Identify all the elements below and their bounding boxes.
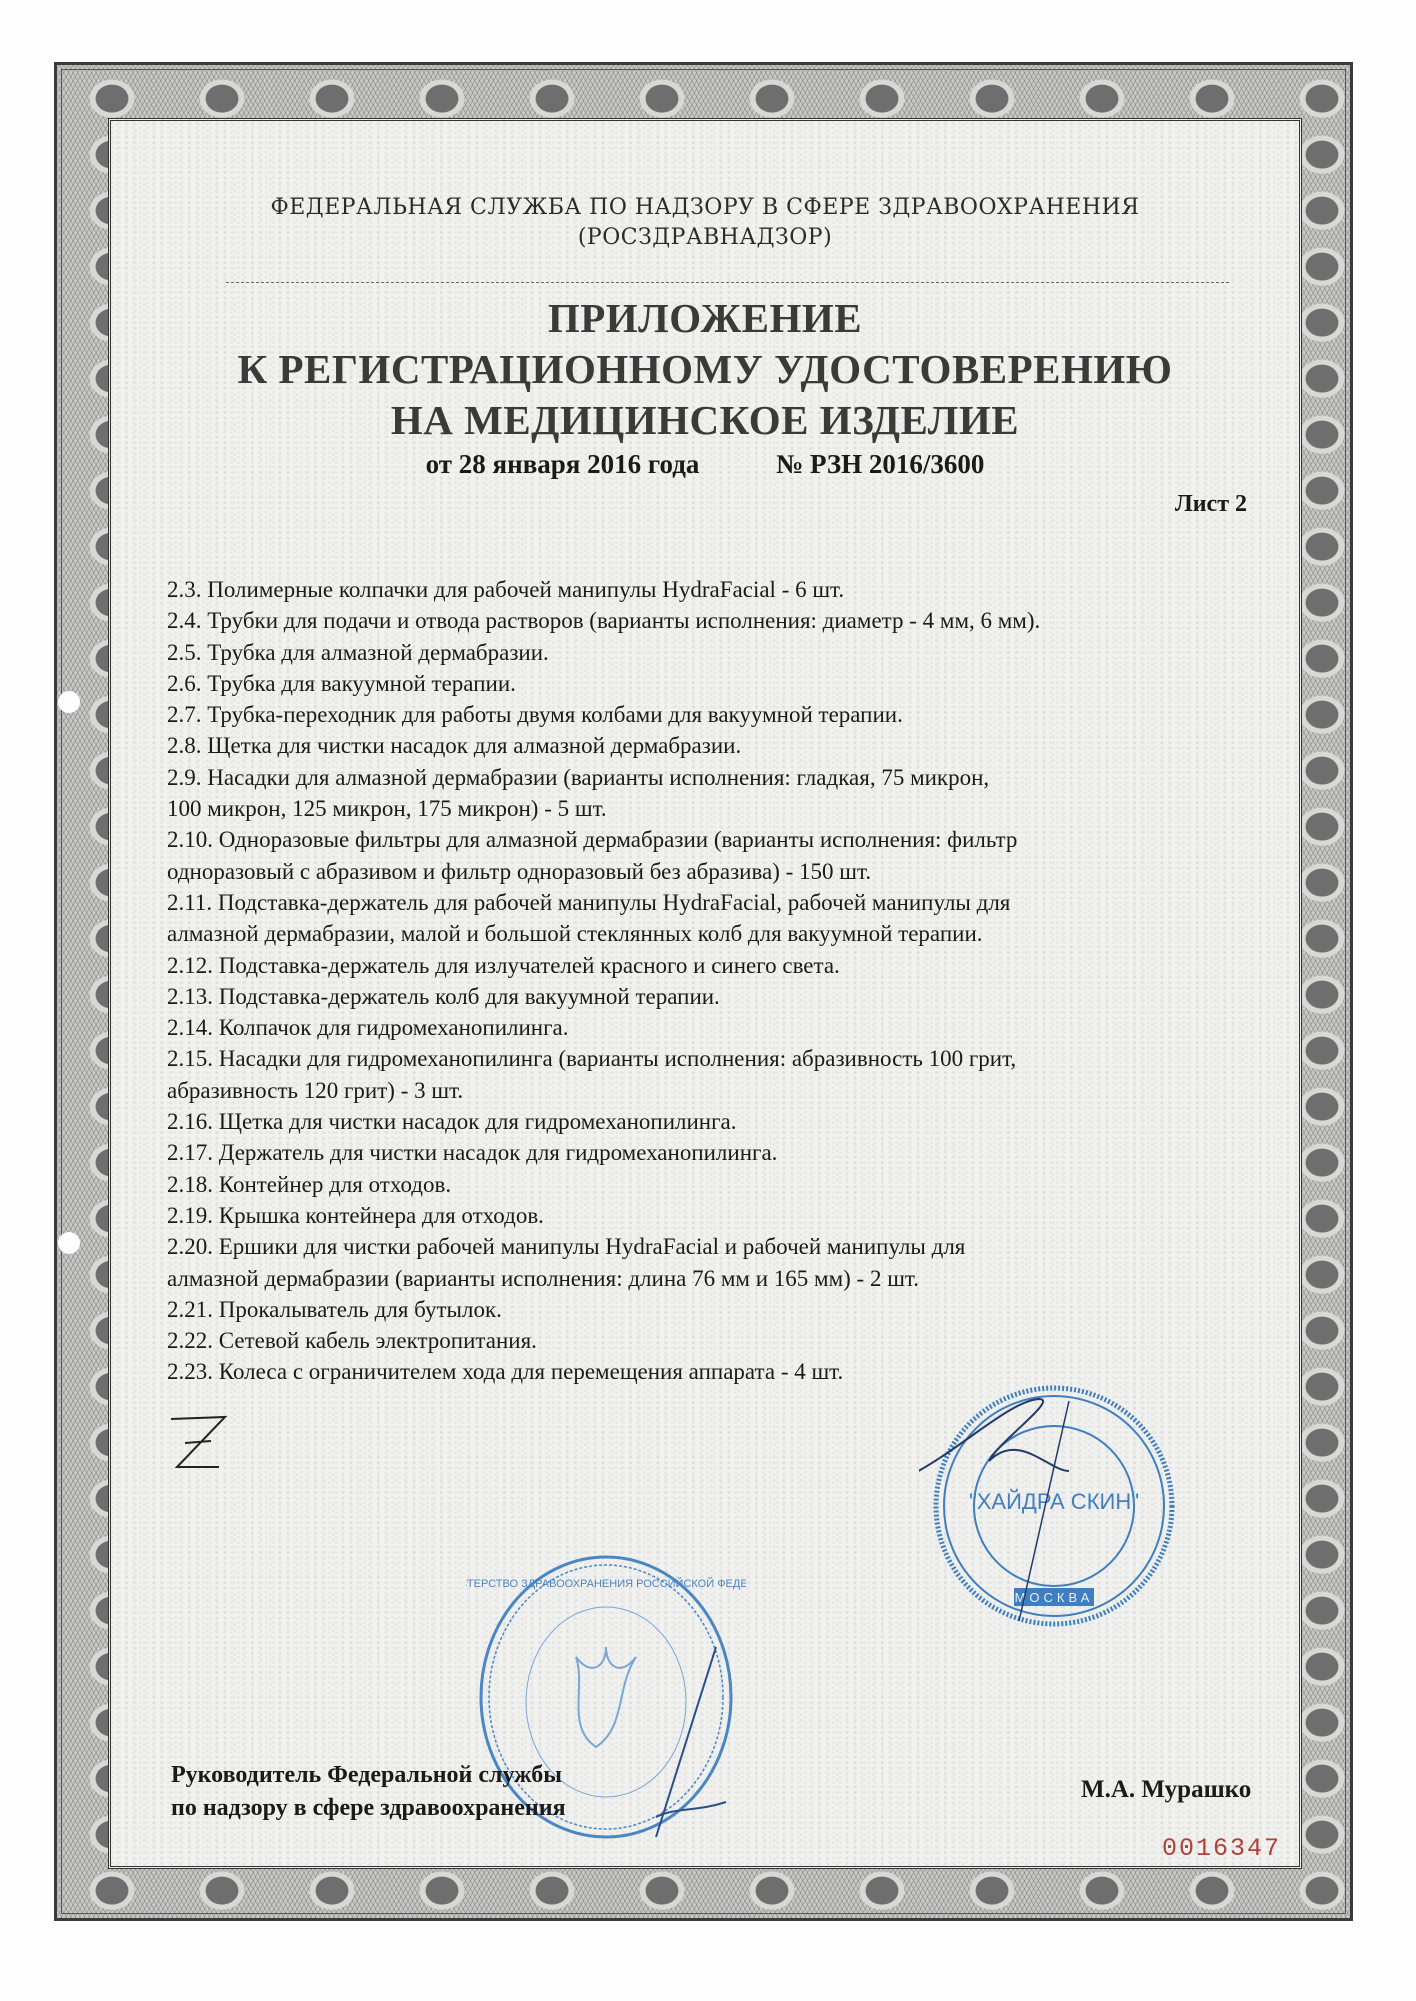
list-item: 2.9. Насадки для алмазной дермабразии (в… [167,762,1277,793]
issuing-agency: ФЕДЕРАЛЬНАЯ СЛУЖБА ПО НАДЗОРУ В СФЕРЕ ЗД… [111,193,1299,253]
list-item: 2.18. Контейнер для отходов. [167,1169,1277,1200]
title-line: К РЕГИСТРАЦИОННОМУ УДОСТОВЕРЕНИЮ [111,344,1299,395]
list-item: 2.8. Щетка для чистки насадок для алмазн… [167,730,1277,761]
list-item: 2.11. Подставка-держатель для рабочей ма… [167,887,1277,918]
signatory-title-line: по надзору в сфере здравоохранения [171,1792,566,1825]
agency-name: ФЕДЕРАЛЬНАЯ СЛУЖБА ПО НАДЗОРУ В СФЕРЕ ЗД… [111,193,1299,223]
list-item: 2.5. Трубка для алмазной дермабразии. [167,637,1277,668]
registration-line: от 28 января 2016 года № РЗН 2016/3600 [111,449,1299,480]
list-item: 2.10. Одноразовые фильтры для алмазной д… [167,824,1277,855]
list-item: 2.6. Трубка для вакуумной терапии. [167,668,1277,699]
list-item: 2.15. Насадки для гидромеханопилинга (ва… [167,1043,1277,1074]
list-item: 2.22. Сетевой кабель электропитания. [167,1325,1277,1356]
list-item: 100 микрон, 125 микрон, 175 микрон) - 5 … [167,793,1277,824]
list-item: 2.12. Подставка-держатель для излучателе… [167,950,1277,981]
punch-hole [58,1232,80,1254]
registration-number: № РЗН 2016/3600 [776,449,984,479]
list-item: 2.20. Ершики для чистки рабочей манипулы… [167,1231,1277,1262]
list-item: алмазной дермабразии, малой и большой ст… [167,918,1277,949]
component-list: 2.3. Полимерные колпачки для рабочей ман… [167,574,1277,1388]
title-line: НА МЕДИЦИНСКОЕ ИЗДЕЛИЕ [111,395,1299,446]
punch-hole [58,691,80,713]
list-item: 2.13. Подставка-держатель колб для вакуу… [167,981,1277,1012]
government-seal-text: МИНИСТЕРСТВО ЗДРАВООХРАНЕНИЯ РОССИЙСКОЙ … [466,1577,746,1590]
company-stamp: "ХАЙДРА СКИН" МОСКВА [919,1381,1189,1631]
company-stamp-city: МОСКВА [1015,1590,1094,1605]
document-title: ПРИЛОЖЕНИЕ К РЕГИСТРАЦИОННОМУ УДОСТОВЕРЕ… [111,293,1299,446]
list-item: 2.21. Прокалыватель для бутылок. [167,1294,1277,1325]
header-divider [226,282,1229,283]
list-item: одноразовый с абразивом и фильтр однораз… [167,856,1277,887]
registration-date: от 28 января 2016 года [426,449,700,479]
title-line: ПРИЛОЖЕНИЕ [111,293,1299,344]
serial-number: 0016347 [1162,1834,1281,1863]
signatory-name: М.А. Мурашко [1081,1776,1251,1804]
list-item: 2.19. Крышка контейнера для отходов. [167,1200,1277,1231]
list-item: 2.3. Полимерные колпачки для рабочей ман… [167,574,1277,605]
list-item: абразивность 120 грит) - 3 шт. [167,1075,1277,1106]
company-stamp-name: "ХАЙДРА СКИН" [969,1489,1139,1514]
list-item: 2.16. Щетка для чистки насадок для гидро… [167,1106,1277,1137]
list-item: 2.14. Колпачок для гидромеханопилинга. [167,1012,1277,1043]
signatory-title-line: Руководитель Федеральной службы [171,1759,566,1792]
sheet-number: Лист 2 [1175,491,1247,518]
agency-abbreviation: (РОСЗДРАВНАДЗОР) [111,223,1299,253]
list-item: 2.7. Трубка-переходник для работы двумя … [167,699,1277,730]
list-item: 2.4. Трубки для подачи и отвода растворо… [167,605,1277,636]
handwritten-z-mark [163,1411,233,1473]
list-item: 2.17. Держатель для чистки насадок для г… [167,1137,1277,1168]
signatory-title: Руководитель Федеральной службы по надзо… [171,1759,566,1825]
document-page: ФЕДЕРАЛЬНАЯ СЛУЖБА ПО НАДЗОРУ В СФЕРЕ ЗД… [108,118,1302,1869]
list-item: алмазной дермабразии (варианты исполнени… [167,1263,1277,1294]
